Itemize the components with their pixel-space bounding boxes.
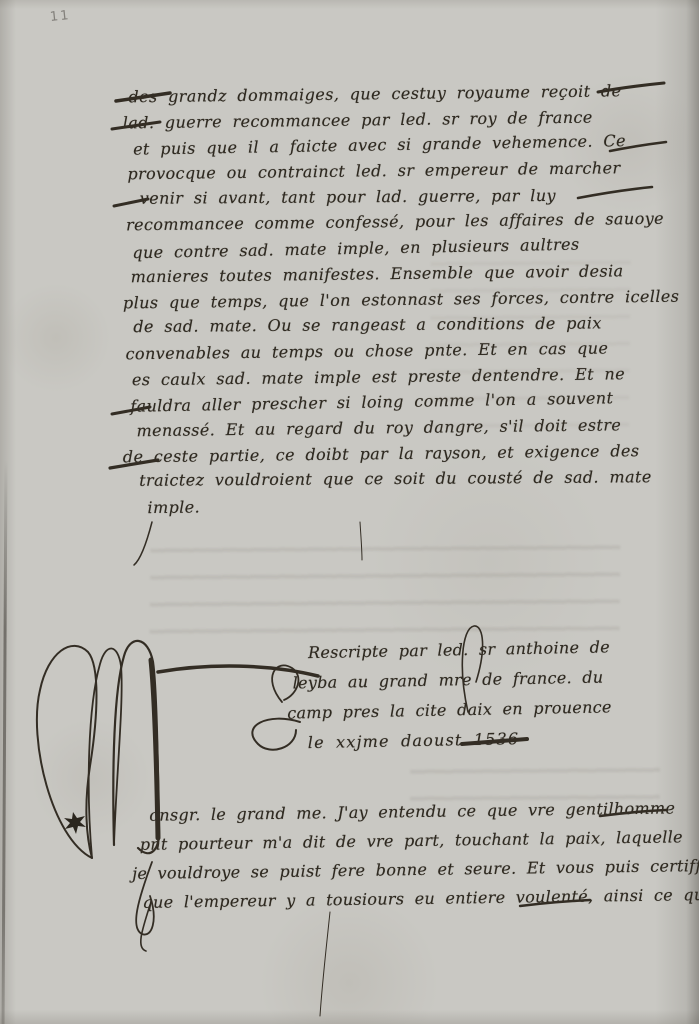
manuscript-page: 11 des grandz dommaiges, que cestuy roya… <box>0 0 699 1024</box>
folio-number: 11 <box>49 8 71 25</box>
date-line: le xxjme daoust 1536 <box>308 727 655 764</box>
text-line: de sad. mate. Ou se rangeast a condition… <box>133 313 671 343</box>
text-line: traictez vouldroient que ce soit du cous… <box>139 467 673 496</box>
postscript-block: Rescripte par led. sr anthoine de leyba … <box>292 637 654 764</box>
verso-showthrough <box>149 536 620 641</box>
main-text-block: des grandz dommaiges, que cestuy royaume… <box>128 81 673 524</box>
descender-stroke <box>320 912 330 1016</box>
page-gutter-edge <box>2 460 8 1024</box>
ink-blot <box>64 812 86 834</box>
closing-letter-block: onsgr. le grand me. J'ay entendu ce que … <box>149 798 691 922</box>
text-line: venir si avant, tant pour lad. guerre, p… <box>140 185 670 214</box>
descender-stroke <box>360 522 362 560</box>
text-line: imple. <box>147 492 673 524</box>
text-line: que l'empereur y a tousiours eu entiere … <box>142 885 690 922</box>
descender-stroke <box>134 522 152 565</box>
